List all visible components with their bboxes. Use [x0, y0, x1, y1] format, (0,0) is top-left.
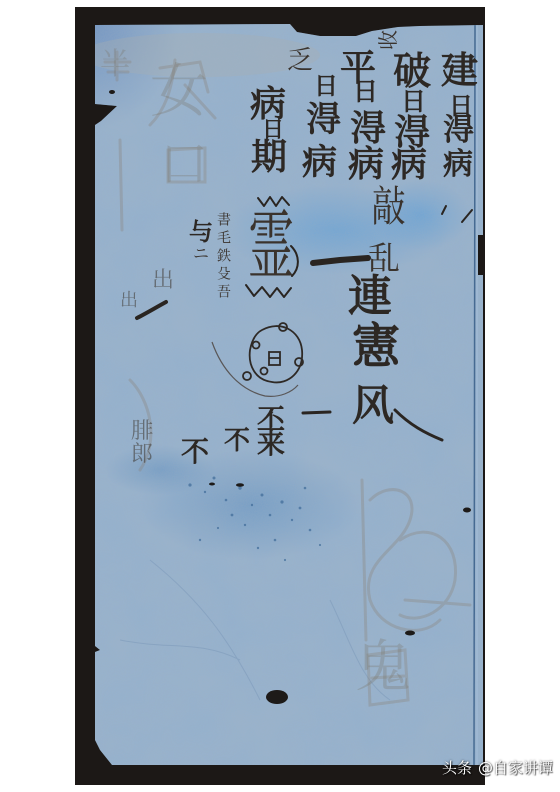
char: 日	[314, 74, 338, 98]
faint-lower-char: 腓	[131, 421, 153, 443]
char: 淂	[443, 115, 474, 146]
lower-char: 来	[257, 430, 285, 458]
ghost-char: 女	[150, 62, 208, 120]
char: 連	[348, 275, 392, 319]
ghost-char: 鬼	[355, 640, 411, 696]
lower-char: 不	[224, 428, 250, 454]
char: 淂	[306, 102, 341, 137]
char: 破	[393, 52, 431, 90]
ghost-char: 口	[160, 140, 208, 188]
watermark-platform: 头条	[442, 761, 472, 776]
watermark-handle: @自家讲谭	[478, 761, 553, 776]
lower-char: 不	[181, 438, 209, 466]
char: 病	[302, 145, 337, 180]
char: 病	[348, 146, 384, 182]
watermark: 头条@自家讲谭	[442, 761, 553, 776]
talisman-script: 書毛鉄殳吾	[216, 212, 230, 302]
faint-side-char: 出	[152, 270, 174, 292]
char: 期	[251, 139, 287, 175]
char: 憲	[352, 322, 400, 370]
char: 乱	[368, 242, 400, 274]
talisman-figure: 霊	[248, 208, 294, 284]
char: 风	[352, 385, 394, 427]
paper-edge-gap	[478, 235, 485, 275]
char: 病	[443, 150, 473, 180]
top-mark: 收	[378, 30, 398, 50]
char: 病	[391, 146, 427, 182]
faint-lower-char: 郎	[131, 444, 153, 466]
char: 乏	[287, 48, 313, 74]
faint-side-char: 出	[120, 292, 138, 310]
char: 淂	[350, 110, 386, 146]
ghost-char: 半	[100, 50, 130, 80]
char: 敲	[372, 186, 406, 228]
char: 建	[441, 52, 478, 89]
char: 日	[353, 79, 378, 104]
side-marks: ニ	[193, 246, 209, 262]
side-char: 与	[189, 220, 213, 244]
